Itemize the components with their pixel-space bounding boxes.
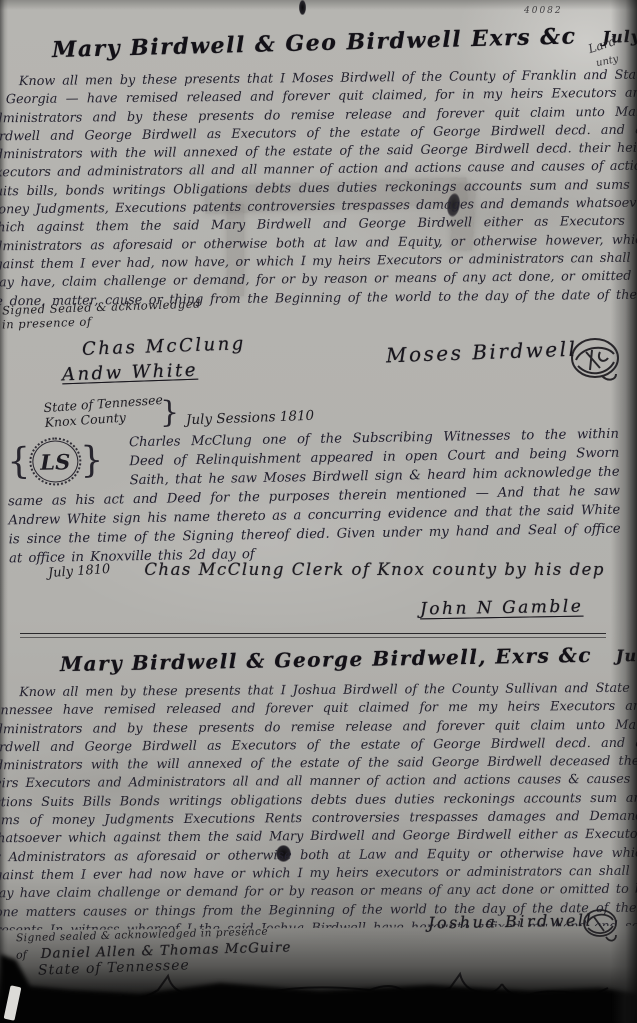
deed2-heading-row: Mary Birdwell & George Birdwell, Exrs &c…	[60, 640, 637, 676]
section-divider	[20, 633, 606, 638]
page-right-gutter-shadow	[611, 0, 637, 1023]
cert-deputy-signature: John N Gamble	[420, 597, 584, 620]
venue-brace: }	[160, 398, 179, 428]
deed1-witness-2: Andw White	[62, 360, 199, 386]
deed1-heading-row: Mary Birdwell & Geo Birdwell Exrs &c Jul…	[52, 19, 637, 63]
deed2-heading-title: Mary Birdwell & George Birdwell, Exrs &c	[60, 643, 592, 676]
deed1-heading-title: Mary Birdwell & Geo Birdwell Exrs &c	[52, 23, 577, 63]
corner-number: 40082	[524, 6, 563, 16]
ls-seal-ring: LS	[32, 440, 79, 483]
deed1-body: Know all men by these presents that I Mo…	[0, 67, 637, 312]
ls-seal: { LS }	[7, 435, 120, 487]
deed2-body: Know all men by these presents that I Jo…	[0, 680, 637, 931]
deed1-signature: Moses Birdwell	[386, 337, 578, 368]
deed1-attestation-2: in presence of	[2, 314, 92, 331]
handwriting-layer: 40082 Mary Birdwell & Geo Birdwell Exrs …	[0, 0, 637, 1023]
ls-brace-open: {	[7, 444, 31, 480]
cert-clerk-line: Chas McClung Clerk of Knox county by his…	[144, 560, 605, 579]
cert-date-tail: July 1810	[48, 562, 111, 581]
cert-clerk-row: July 1810 Chas McClung Clerk of Knox cou…	[48, 560, 605, 579]
cert-body-block: { LS } Charles McClung one of the Subscr…	[7, 425, 621, 569]
deed2-body-text: Know all men by these presents that I Jo…	[0, 681, 637, 931]
cert-sessions: July Sessions 1810	[186, 408, 315, 428]
deed1-witness-1: Chas McClung	[82, 333, 246, 360]
cert-venue: State of Tennessee Knox County	[43, 392, 164, 430]
deed1-body-text: Know all men by these presents that I Mo…	[0, 68, 637, 312]
bottom-black-edge	[0, 928, 637, 1023]
scanned-deed-page: 40082 Mary Birdwell & Geo Birdwell Exrs …	[0, 0, 637, 1023]
ls-brace-close: }	[80, 443, 104, 479]
